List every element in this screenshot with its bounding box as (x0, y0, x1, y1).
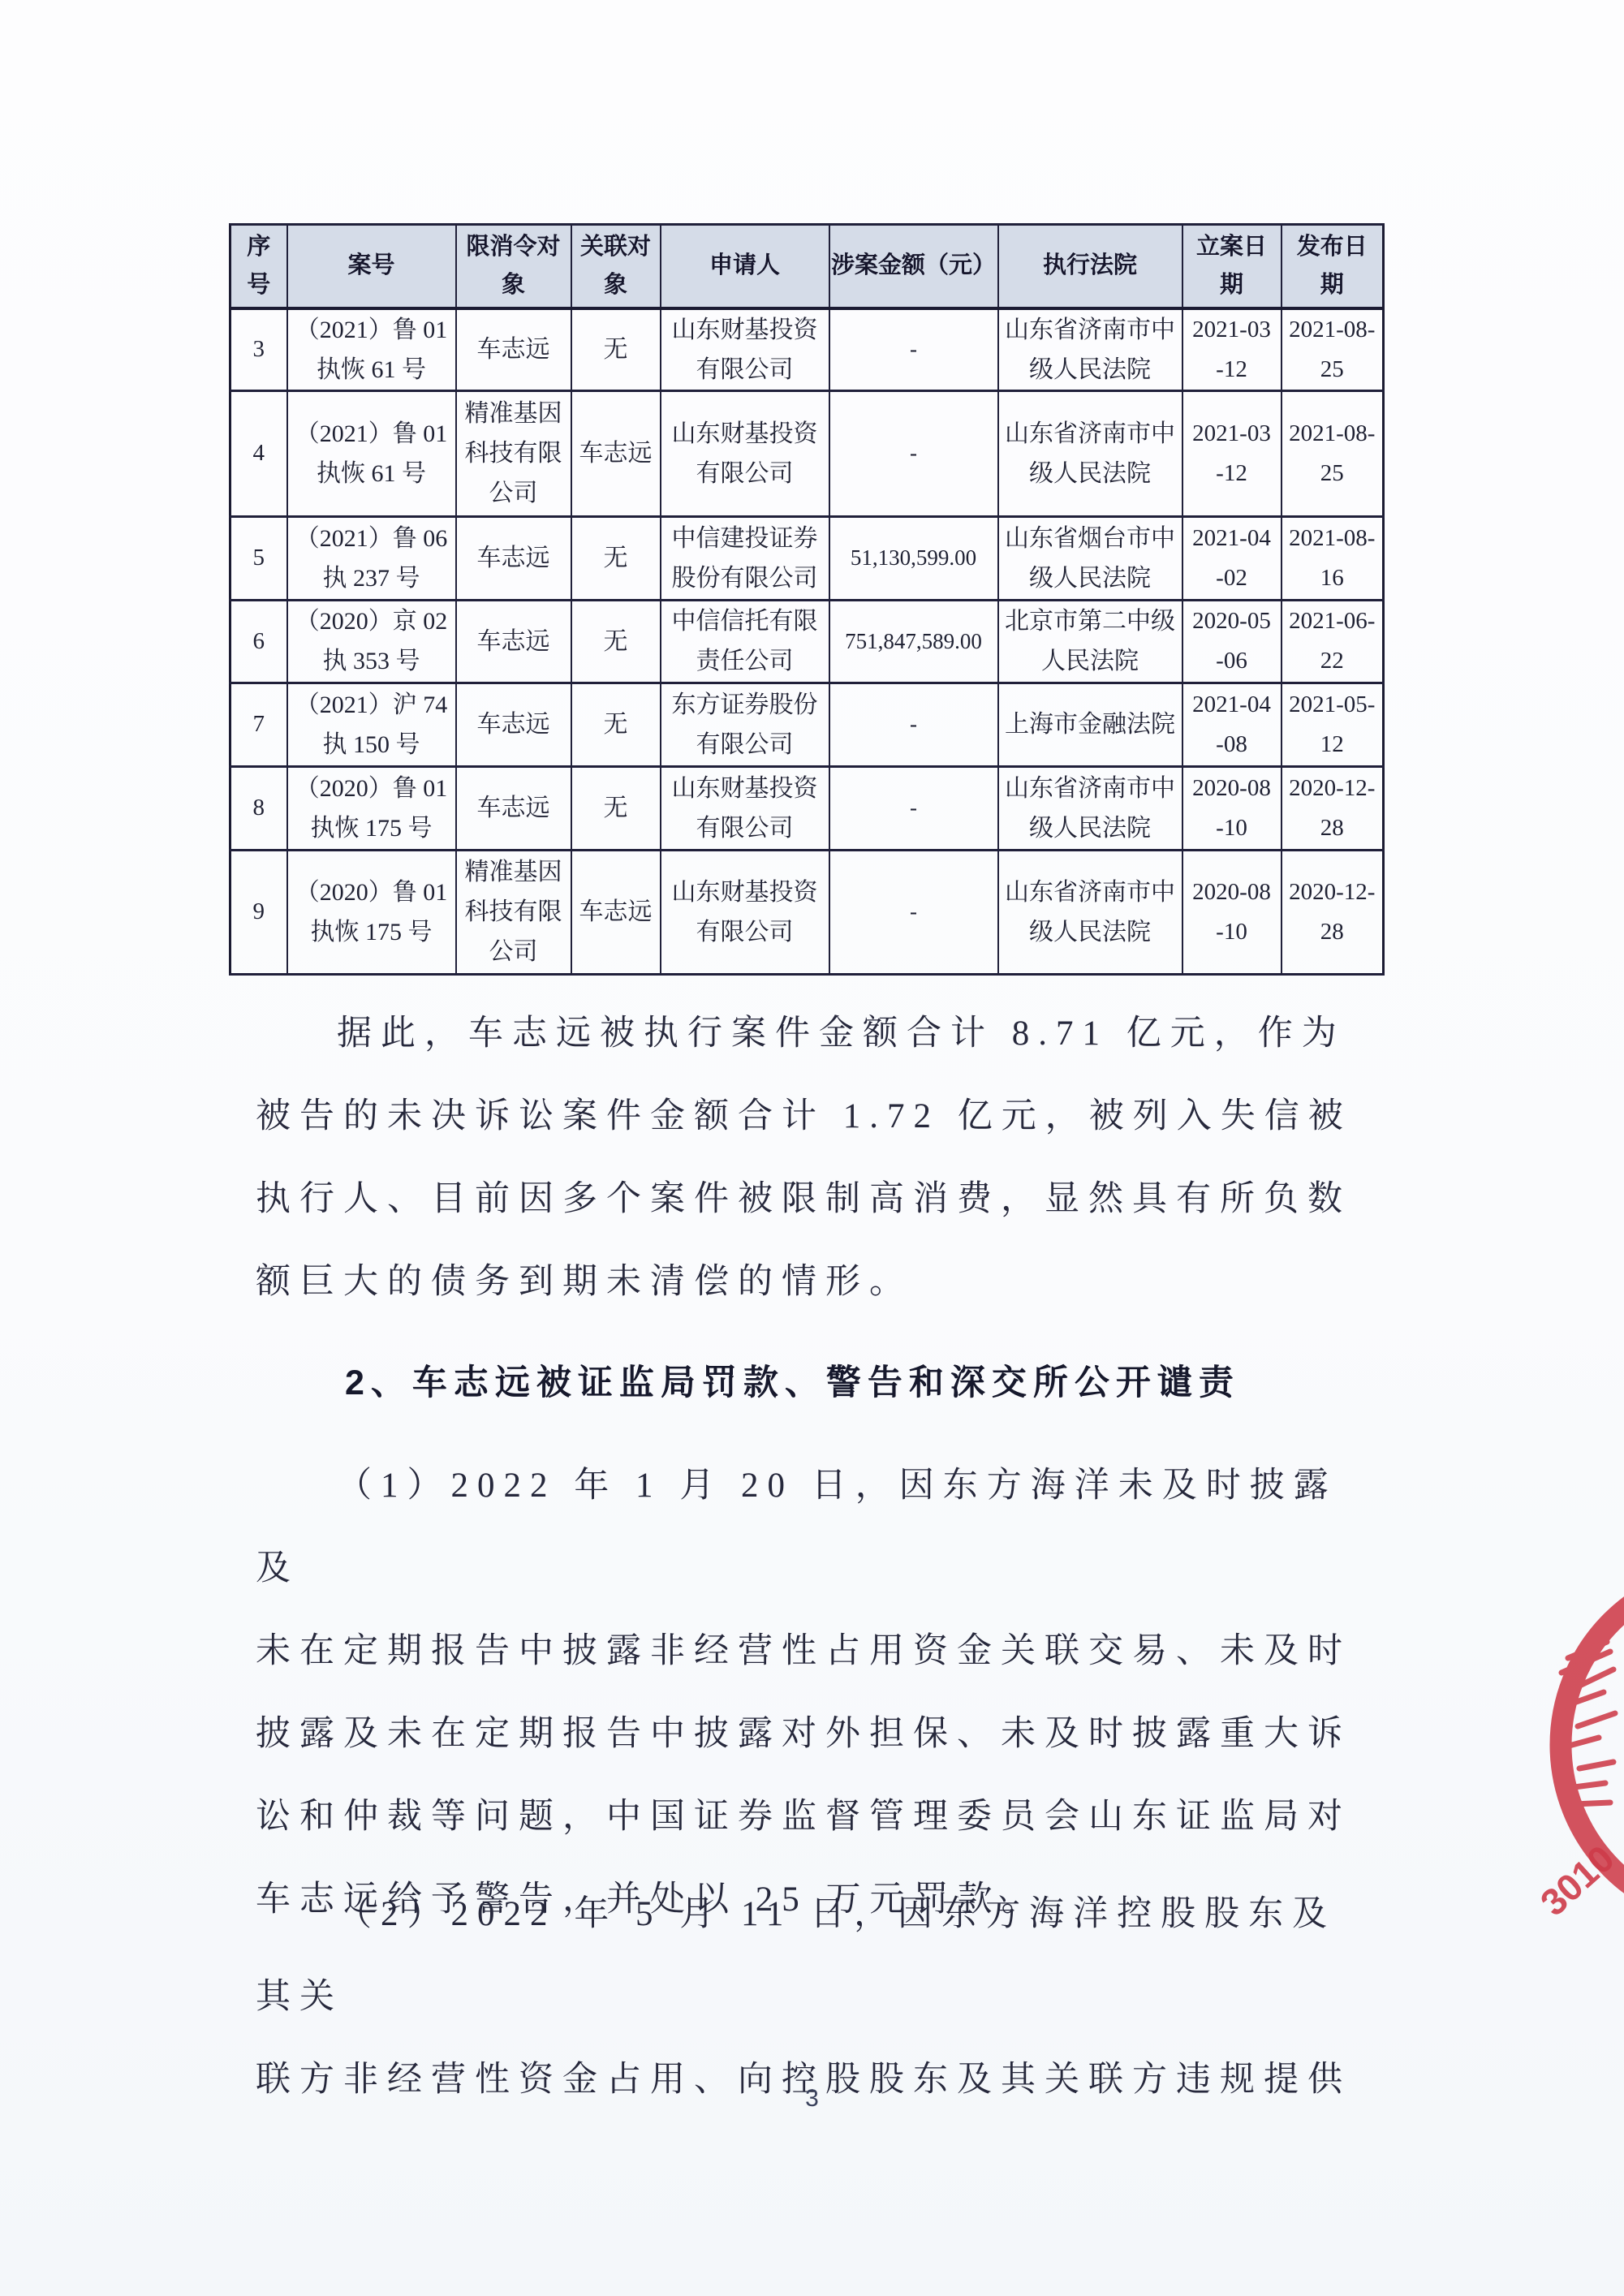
cell-index: 3 (230, 308, 287, 391)
cell-case-no: （2020）鲁 01 执恢 175 号 (287, 766, 456, 850)
cell-publish-date: 2021-05- 12 (1282, 683, 1384, 766)
cell-case-no: （2021）鲁 01 执恢 61 号 (287, 308, 456, 391)
header-cell-amount: 涉案金额（元） (829, 225, 998, 308)
cell-amount: - (829, 308, 998, 391)
cell-publish-date: 2020-12- 28 (1282, 766, 1384, 850)
cell-case-no: （2020）京 02 执 353 号 (287, 600, 456, 683)
cell-applicant: 中信信托有限 责任公司 (661, 600, 829, 683)
paragraph-summary: 据此，车志远被执行案件金额合计 8.71 亿元，作为 被告的未决诉讼案件金额合计… (256, 993, 1377, 1324)
cell-index: 4 (230, 390, 287, 516)
cell-amount: - (829, 766, 998, 850)
header-cell-court: 执行法院 (998, 225, 1182, 308)
cell-index: 5 (230, 516, 287, 600)
document-page: 序 号 案号 限消令对 象 关联对 象 申请人 涉案金额（元） 执行法院 立案日… (0, 0, 1624, 2296)
cell-applicant: 山东财基投资 有限公司 (661, 850, 829, 974)
cell-court: 山东省济南市中 级人民法院 (998, 766, 1182, 850)
cell-restricted-target: 车志远 (456, 516, 571, 600)
official-seal-stamp: 3010 (1526, 1570, 1624, 1960)
table-row: 8 （2020）鲁 01 执恢 175 号 车志远 无 山东财基投资 有限公司 … (230, 766, 1384, 850)
cell-related-target: 无 (571, 516, 661, 600)
cell-case-no: （2020）鲁 01 执恢 175 号 (287, 850, 456, 974)
cell-related-target: 车志远 (571, 390, 661, 516)
cell-court: 山东省济南市中 级人民法院 (998, 390, 1182, 516)
cell-restricted-target: 车志远 (456, 766, 571, 850)
cell-applicant: 山东财基投资 有限公司 (661, 308, 829, 391)
table-row: 6 （2020）京 02 执 353 号 车志远 无 中信信托有限 责任公司 7… (230, 600, 1384, 683)
cell-restricted-target: 精准基因 科技有限 公司 (456, 850, 571, 974)
executed-cases-table: 序 号 案号 限消令对 象 关联对 象 申请人 涉案金额（元） 执行法院 立案日… (229, 223, 1385, 976)
cell-restricted-target: 车志远 (456, 600, 571, 683)
table-row: 4 （2021）鲁 01 执恢 61 号 精准基因 科技有限 公司 车志远 山东… (230, 390, 1384, 516)
cell-filing-date: 2020-05 -06 (1182, 600, 1282, 683)
cell-applicant: 中信建投证券 股份有限公司 (661, 516, 829, 600)
cell-filing-date: 2020-08 -10 (1182, 850, 1282, 974)
cell-case-no: （2021）沪 74 执 150 号 (287, 683, 456, 766)
cell-publish-date: 2020-12- 28 (1282, 850, 1384, 974)
cell-publish-date: 2021-08- 25 (1282, 308, 1384, 391)
cell-related-target: 无 (571, 308, 661, 391)
cell-court: 山东省济南市中 级人民法院 (998, 850, 1182, 974)
header-cell-index: 序 号 (230, 225, 287, 308)
table-header-row: 序 号 案号 限消令对 象 关联对 象 申请人 涉案金额（元） 执行法院 立案日… (230, 225, 1384, 308)
cell-amount: 751,847,589.00 (829, 600, 998, 683)
cell-amount: - (829, 390, 998, 516)
cell-filing-date: 2020-08 -10 (1182, 766, 1282, 850)
cell-publish-date: 2021-08- 16 (1282, 516, 1384, 600)
page-number: 3 (0, 2083, 1624, 2115)
cell-amount: - (829, 850, 998, 974)
header-cell-applicant: 申请人 (661, 225, 829, 308)
table-row: 3 （2021）鲁 01 执恢 61 号 车志远 无 山东财基投资 有限公司 -… (230, 308, 1384, 391)
cell-court: 北京市第二中级 人民法院 (998, 600, 1182, 683)
cell-applicant: 东方证券股份 有限公司 (661, 683, 829, 766)
cell-court: 上海市金融法院 (998, 683, 1182, 766)
cell-index: 6 (230, 600, 287, 683)
table-row: 9 （2020）鲁 01 执恢 175 号 精准基因 科技有限 公司 车志远 山… (230, 850, 1384, 974)
header-cell-publish-date: 发布日 期 (1282, 225, 1384, 308)
cell-publish-date: 2021-08- 25 (1282, 390, 1384, 516)
table-row: 7 （2021）沪 74 执 150 号 车志远 无 东方证券股份 有限公司 -… (230, 683, 1384, 766)
cell-court: 山东省烟台市中 级人民法院 (998, 516, 1182, 600)
cell-restricted-target: 车志远 (456, 683, 571, 766)
cell-court: 山东省济南市中 级人民法院 (998, 308, 1182, 391)
cell-filing-date: 2021-03 -12 (1182, 390, 1282, 516)
cell-related-target: 无 (571, 683, 661, 766)
cell-applicant: 山东财基投资 有限公司 (661, 390, 829, 516)
cell-case-no: （2021）鲁 06 执 237 号 (287, 516, 456, 600)
cell-related-target: 无 (571, 600, 661, 683)
paragraph-item-1: （1）2022 年 1 月 20 日，因东方海洋未及时披露及 未在定期报告中披露… (256, 1445, 1377, 1941)
cell-publish-date: 2021-06- 22 (1282, 600, 1384, 683)
cell-amount: - (829, 683, 998, 766)
cell-index: 9 (230, 850, 287, 974)
cell-filing-date: 2021-04 -02 (1182, 516, 1282, 600)
cell-case-no: （2021）鲁 01 执恢 61 号 (287, 390, 456, 516)
header-cell-case-no: 案号 (287, 225, 456, 308)
cell-related-target: 车志远 (571, 850, 661, 974)
cell-applicant: 山东财基投资 有限公司 (661, 766, 829, 850)
cell-restricted-target: 车志远 (456, 308, 571, 391)
header-cell-filing-date: 立案日 期 (1182, 225, 1282, 308)
cell-amount: 51,130,599.00 (829, 516, 998, 600)
table-row: 5 （2021）鲁 06 执 237 号 车志远 无 中信建投证券 股份有限公司… (230, 516, 1384, 600)
header-cell-restricted-target: 限消令对 象 (456, 225, 571, 308)
cell-filing-date: 2021-03 -12 (1182, 308, 1282, 391)
cell-index: 8 (230, 766, 287, 850)
cell-related-target: 无 (571, 766, 661, 850)
cell-index: 7 (230, 683, 287, 766)
header-cell-related-target: 关联对 象 (571, 225, 661, 308)
section-heading: 2、车志远被证监局罚款、警告和深交所公开谴责 (256, 1342, 1377, 1424)
cell-filing-date: 2021-04 -08 (1182, 683, 1282, 766)
cell-restricted-target: 精准基因 科技有限 公司 (456, 390, 571, 516)
